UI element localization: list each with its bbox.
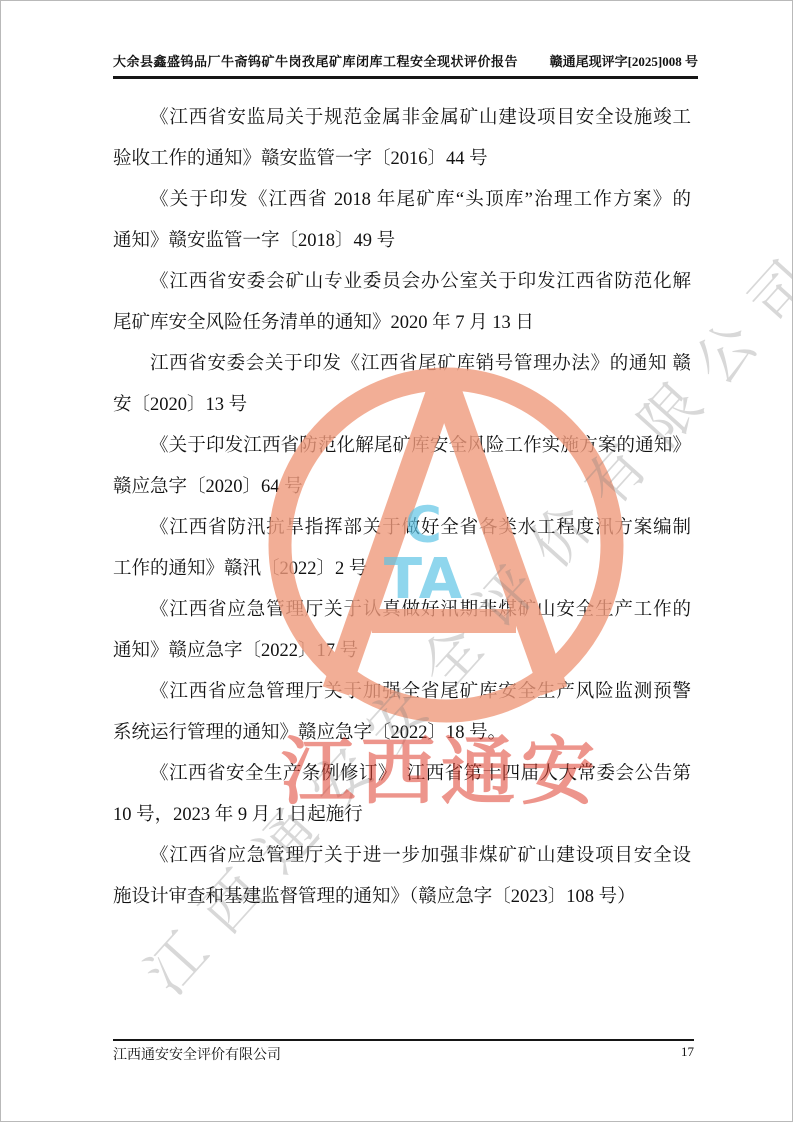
paragraph: 江西省安委会关于印发《江西省尾矿库销号管理办法》的通知 赣 安〔2020〕13 …	[113, 344, 691, 426]
header-report-title: 大余县鑫盛钨品厂牛斋钨矿牛岗孜尾矿库闭库工程安全现状评价报告	[113, 51, 518, 70]
paragraph-line: 工作的通知》赣汛〔2022〕2 号	[113, 549, 691, 590]
paragraph-line: 通知》赣应急字〔2022〕17 号	[113, 631, 691, 672]
paragraph: 《关于印发江西省防范化解尾矿库安全风险工作实施方案的通知》 赣应急字〔2020〕…	[113, 426, 691, 508]
footer-page-number: 17	[681, 1044, 694, 1060]
paragraph-line: 施设计审查和基建监督管理的通知》（赣应急字〔2023〕108 号）	[113, 877, 691, 918]
paragraph-line: 《江西省安全生产条例修订》 江西省第十四届人大常委会公告第	[113, 754, 691, 795]
paragraph-line: 安〔2020〕13 号	[113, 385, 691, 426]
paragraph-line: 江西省安委会关于印发《江西省尾矿库销号管理办法》的通知 赣	[113, 344, 691, 385]
paragraph-line: 赣应急字〔2020〕64 号	[113, 467, 691, 508]
footer-company-name: 江西通安安全评价有限公司	[113, 1044, 281, 1064]
paragraph-line: 《关于印发江西省防范化解尾矿库安全风险工作实施方案的通知》	[113, 426, 691, 467]
paragraph-line: 《江西省应急管理厅关于认真做好汛期非煤矿山安全生产工作的	[113, 590, 691, 631]
paragraph-line: 尾矿库安全风险任务清单的通知》2020 年 7 月 13 日	[113, 303, 691, 344]
paragraph-line: 《江西省安监局关于规范金属非金属矿山建设项目安全设施竣工	[113, 98, 691, 139]
paragraph: 《江西省应急管理厅关于进一步加强非煤矿矿山建设项目安全设 施设计审查和基建监督管…	[113, 836, 691, 918]
paragraph-line: 10 号，2023 年 9 月 1 日起施行	[113, 795, 691, 836]
paragraph-line: 《关于印发《江西省 2018 年尾矿库“头顶库”治理工作方案》的	[113, 180, 691, 221]
paragraph-line: 系统运行管理的通知》赣应急字〔2022〕18 号。	[113, 713, 691, 754]
body-paragraphs: 《江西省安监局关于规范金属非金属矿山建设项目安全设施竣工 验收工作的通知》赣安监…	[113, 98, 691, 918]
paragraph: 《江西省应急管理厅关于加强全省尾矿库安全生产风险监测预警 系统运行管理的通知》赣…	[113, 672, 691, 754]
paragraph: 《江西省安全生产条例修订》 江西省第十四届人大常委会公告第 10 号，2023 …	[113, 754, 691, 836]
paragraph-line: 通知》赣安监管一字〔2018〕49 号	[113, 221, 691, 262]
paragraph-line: 验收工作的通知》赣安监管一字〔2016〕44 号	[113, 139, 691, 180]
paragraph-line: 《江西省应急管理厅关于进一步加强非煤矿矿山建设项目安全设	[113, 836, 691, 877]
paragraph-line: 《江西省防汛抗旱指挥部关于做好全省各类水工程度汛方案编制	[113, 508, 691, 549]
paragraph-line: 《江西省应急管理厅关于加强全省尾矿库安全生产风险监测预警	[113, 672, 691, 713]
paragraph-line: 《江西省安委会矿山专业委员会办公室关于印发江西省防范化解	[113, 262, 691, 303]
document-page: 大余县鑫盛钨品厂牛斋钨矿牛岗孜尾矿库闭库工程安全现状评价报告 赣通尾现评字[20…	[0, 0, 793, 1122]
paragraph: 《江西省安委会矿山专业委员会办公室关于印发江西省防范化解 尾矿库安全风险任务清单…	[113, 262, 691, 344]
header-doc-number: 赣通尾现评字[2025]008 号	[550, 51, 698, 70]
paragraph: 《江西省应急管理厅关于认真做好汛期非煤矿山安全生产工作的 通知》赣应急字〔202…	[113, 590, 691, 672]
paragraph: 《关于印发《江西省 2018 年尾矿库“头顶库”治理工作方案》的 通知》赣安监管…	[113, 180, 691, 262]
page-footer: 江西通安安全评价有限公司 17	[113, 1039, 694, 1064]
paragraph: 《江西省防汛抗旱指挥部关于做好全省各类水工程度汛方案编制 工作的通知》赣汛〔20…	[113, 508, 691, 590]
paragraph: 《江西省安监局关于规范金属非金属矿山建设项目安全设施竣工 验收工作的通知》赣安监…	[113, 98, 691, 180]
page-header: 大余县鑫盛钨品厂牛斋钨矿牛岗孜尾矿库闭库工程安全现状评价报告 赣通尾现评字[20…	[113, 51, 698, 79]
